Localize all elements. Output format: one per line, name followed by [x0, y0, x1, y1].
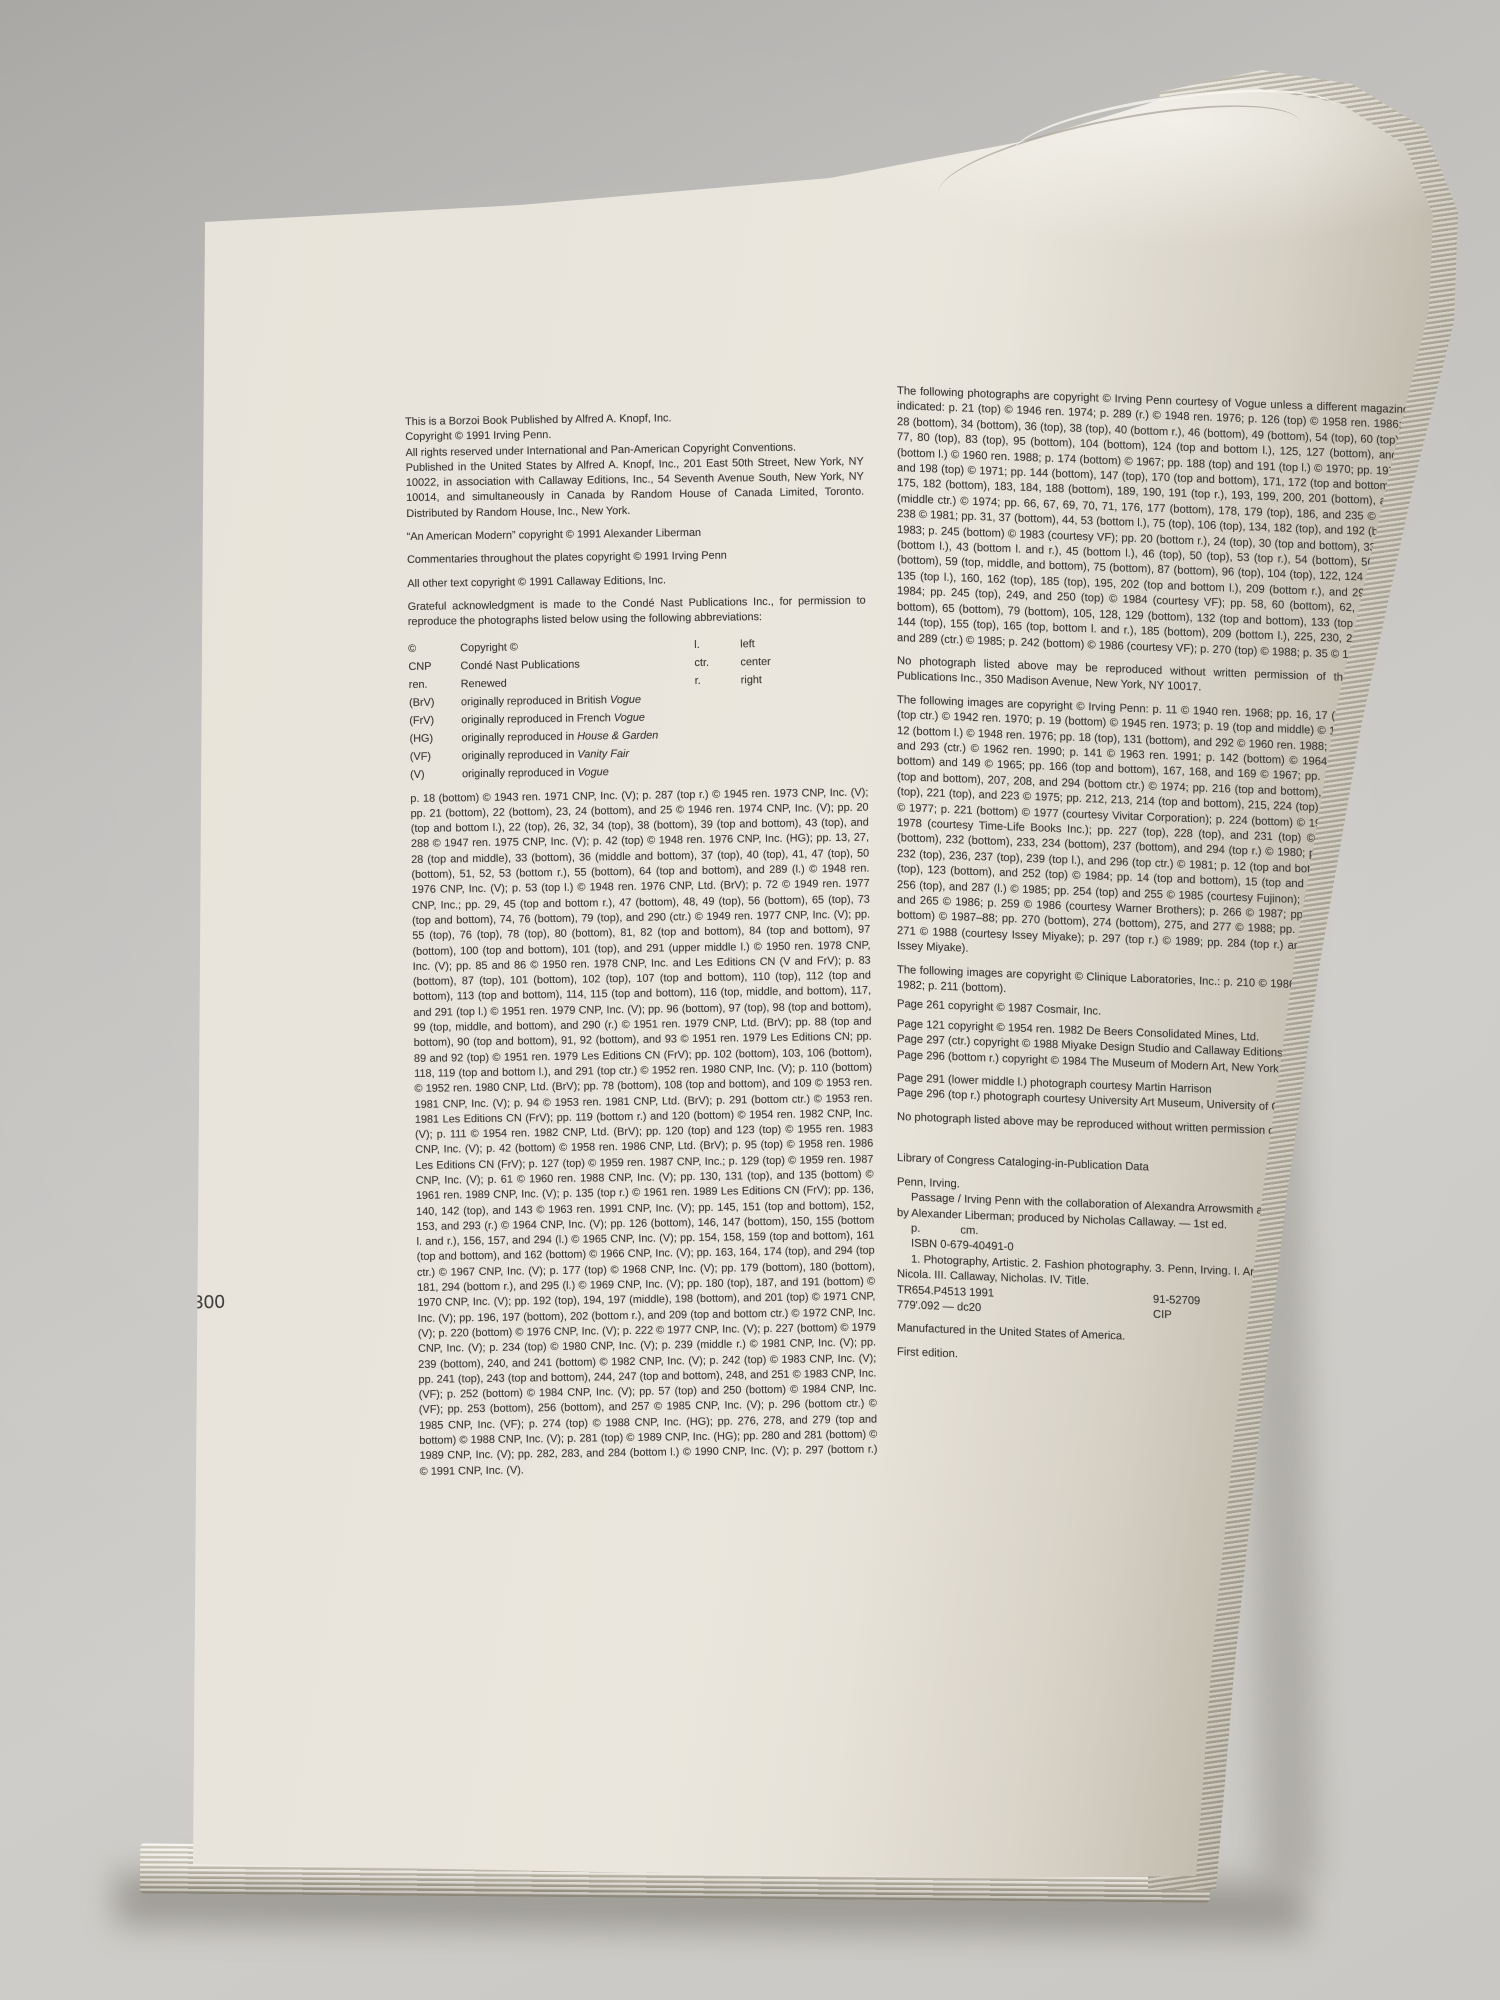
abbreviation-definition-text: originally reproduced in British: [461, 694, 610, 708]
abbreviation-definition-text: Condé Nast Publications: [460, 658, 579, 672]
abbreviation-definition-text: originally reproduced in French: [461, 712, 614, 726]
other-text-credit: All other text copyright © 1991 Callaway…: [407, 570, 865, 592]
abbreviation-key: ©: [408, 639, 460, 658]
cnp-credits-paragraph: p. 18 (bottom) © 1943 ren. 1971 CNP, Inc…: [410, 785, 878, 1480]
abbreviation-magazine-name: Vogue: [610, 693, 641, 705]
loc-pagination-cm: cm.: [960, 1224, 978, 1237]
abbreviation-key: ren.: [409, 675, 461, 694]
vogue-credits-paragraph: The following photographs are copyright …: [897, 384, 1421, 666]
loc-lccn: 91-52709: [1153, 1292, 1200, 1309]
loc-call-number: TR654.P4513 1991: [897, 1284, 994, 1300]
acknowledgment-paragraph: Grateful acknowledgment is made to the C…: [408, 594, 866, 631]
abbreviation-key: (FrV): [409, 711, 461, 730]
abbreviation-definition-text: originally reproduced in: [462, 766, 578, 780]
abbreviation-key: (V): [410, 765, 462, 784]
page-number: 300: [193, 1291, 226, 1313]
position-key-abbr: l.: [694, 635, 740, 654]
abbreviation-magazine-name: Vogue: [578, 766, 609, 778]
position-key-label: left: [740, 633, 866, 653]
commentaries-credit: Commentaries throughout the plates copyr…: [407, 547, 865, 569]
position-key-label: right: [741, 669, 867, 689]
abbreviation-definition-text: originally reproduced in: [461, 730, 577, 744]
abbreviation-definition-text: Renewed: [461, 677, 507, 690]
abbreviation-key: CNP: [408, 657, 460, 676]
abbreviation-definition-text: originally reproduced in: [462, 748, 578, 762]
position-key-abbr: r.: [695, 671, 741, 690]
abbreviation-magazine-name: Vanity Fair: [577, 747, 629, 760]
publisher-paragraph: Published in the United States by Alfred…: [406, 454, 865, 522]
abbreviation-key: (BrV): [409, 693, 461, 712]
loc-cip-label: CIP: [1153, 1308, 1172, 1324]
abbreviation-magazine-name: House & Garden: [577, 729, 658, 742]
abbreviation-definition: originally reproduced in Vogue: [462, 762, 696, 783]
loc-dewey-number: 779'.092 — dc20: [897, 1299, 981, 1314]
position-key-label: center: [740, 651, 866, 671]
position-key-abbr: ctr.: [694, 653, 740, 672]
colophon-left-column: This is a Borzoi Book Published by Alfre…: [405, 409, 878, 1480]
abbreviation-table: © Copyright © l. left CNP Condé Nast Pub…: [408, 633, 868, 783]
abbreviation-magazine-name: Vogue: [614, 711, 645, 723]
abbreviation-definition-text: Copyright ©: [460, 641, 518, 654]
liberman-credit: “An American Modern” copyright © 1991 Al…: [407, 524, 865, 546]
abbreviation-key: (VF): [410, 747, 462, 766]
loc-pagination-p: p.: [911, 1222, 920, 1234]
abbreviation-key: (HG): [409, 729, 461, 748]
